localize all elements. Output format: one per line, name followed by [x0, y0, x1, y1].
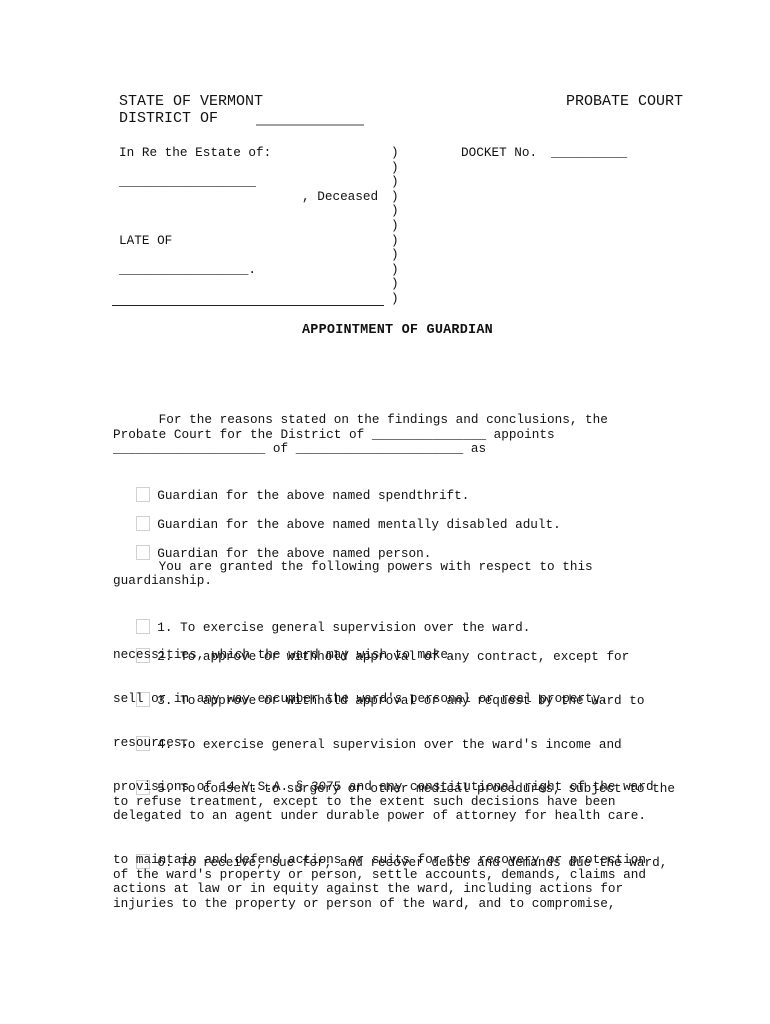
- docket-blank: __________: [551, 146, 627, 161]
- caption-paren: ): [391, 234, 399, 249]
- docket-label: DOCKET No.: [461, 146, 537, 161]
- deceased-name-blank: __________________: [119, 175, 256, 190]
- guardian-spendthrift-checkbox[interactable]: [136, 487, 150, 502]
- district-label: DISTRICT OF: [119, 110, 218, 127]
- power-2-continuation: necessities, which the ward may wish to …: [113, 648, 673, 663]
- guardian-option-spendthrift: Guardian for the above named spendthrift…: [113, 472, 673, 503]
- power-4-continuation: resources.: [113, 736, 673, 751]
- caption-bottom-line: [112, 305, 384, 306]
- guardian-option-disabled-adult: Guardian for the above named mentally di…: [113, 501, 673, 532]
- caption-paren: ): [391, 248, 399, 263]
- power-1-checkbox[interactable]: [136, 619, 150, 634]
- late-of-label: LATE OF: [119, 234, 172, 249]
- power-6-continuation: to maintain and defend actions or suits …: [113, 853, 673, 911]
- caption-paren: ): [391, 175, 399, 190]
- powers-intro-line-2: guardianship.: [113, 574, 673, 589]
- document-title: APPOINTMENT OF GUARDIAN: [302, 323, 493, 338]
- caption-paren: ): [391, 219, 399, 234]
- caption-paren: ): [391, 292, 399, 307]
- guardian-person-checkbox[interactable]: [136, 545, 150, 560]
- caption-paren: ): [391, 146, 399, 161]
- late-of-blank: _________________.: [119, 263, 256, 278]
- deceased-label: , Deceased: [302, 190, 378, 205]
- caption-paren: ): [391, 277, 399, 292]
- caption-paren: ): [391, 204, 399, 219]
- intro-line-3: ____________________ of ________________…: [113, 442, 673, 457]
- caption-paren: ): [391, 190, 399, 205]
- power-item-1: 1. To exercise general supervision over …: [113, 604, 673, 635]
- guardian-option-person: Guardian for the above named person.: [113, 530, 673, 561]
- intro-line-1: For the reasons stated on the findings a…: [113, 413, 673, 428]
- caption-paren: ): [391, 161, 399, 176]
- in-re-label: In Re the Estate of:: [119, 146, 271, 161]
- power-5-continuation: provisions of 14 V.S.A. § 3075 and any c…: [113, 780, 673, 824]
- court-heading: PROBATE COURT: [566, 93, 683, 110]
- power-3-continuation: sell or in any way encumber the ward's p…: [113, 692, 673, 707]
- state-heading: STATE OF VERMONT: [119, 93, 263, 110]
- district-field[interactable]: [256, 124, 364, 126]
- caption-paren: ): [391, 263, 399, 278]
- guardian-disabled-adult-checkbox[interactable]: [136, 516, 150, 531]
